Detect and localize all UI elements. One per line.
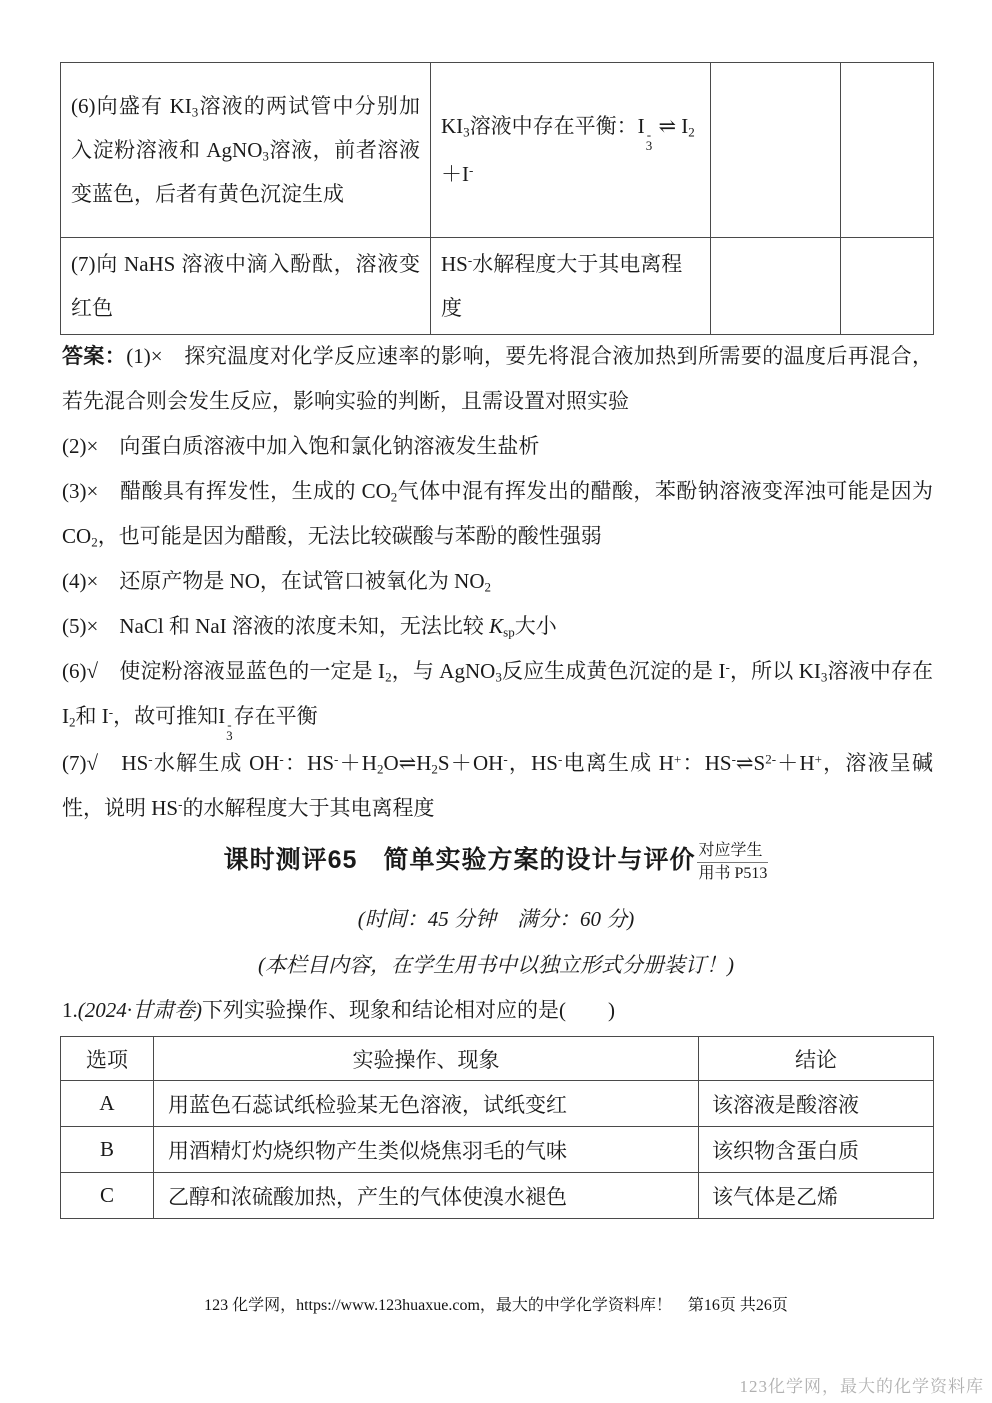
time-score-line: (时间：45 分钟 满分：60 分) xyxy=(0,903,992,933)
operation-cell: 乙醇和浓硫酸加热，产生的气体使溴水褪色 xyxy=(154,1173,699,1219)
table-row-a: A 用蓝色石蕊试纸检验某无色溶液，试纸变红 该溶液是酸溶液 xyxy=(61,1081,934,1127)
answer-label: 答案： xyxy=(62,344,126,368)
answer-item-2: (2)× 向蛋白质溶液中加入饱和氯化钠溶液发生盐析 xyxy=(62,424,933,469)
question-1-table: 选项 实验操作、现象 结论 A 用蓝色石蕊试纸检验某无色溶液，试纸变红 该溶液是… xyxy=(60,1036,934,1219)
ref-bottom: 用书 P513 xyxy=(697,863,768,885)
header-operation: 实验操作、现象 xyxy=(154,1037,699,1081)
answer-item-3: (3)× 醋酸具有挥发性，生成的 CO2气体中混有挥发出的醋酸，苯酚钠溶液变浑浊… xyxy=(62,469,933,559)
table-row-7: (7)向 NaHS 溶液中滴入酚酞，溶液变红色 HS-水解程度大于其电离程度 xyxy=(61,238,934,335)
page-footer: 123 化学网，https://www.123huaxue.com，最大的中学化… xyxy=(0,1292,992,1315)
answer-item-4: (4)× 还原产物是 NO，在试管口被氧化为 NO2 xyxy=(62,559,933,604)
table-header-row: 选项 实验操作、现象 结论 xyxy=(61,1037,934,1081)
table-row-6: (6)向盛有 KI3溶液的两试管中分别加入淀粉溶液和 AgNO3溶液，前者溶液变… xyxy=(61,63,934,238)
ref-top: 对应学生 xyxy=(697,840,768,863)
table-row-c: C 乙醇和浓硫酸加热，产生的气体使溴水褪色 该气体是乙烯 xyxy=(61,1173,934,1219)
operation-cell: (7)向 NaHS 溶液中滴入酚酞，溶液变红色 xyxy=(61,238,431,335)
judgment-cell xyxy=(711,238,841,335)
question-1: 1.(2024·甘肃卷)下列实验操作、现象和结论相对应的是( ) xyxy=(62,995,942,1025)
extra-cell xyxy=(841,238,934,335)
conclusion-cell: 该织物含蛋白质 xyxy=(699,1127,934,1173)
answer-item-1: 答案：(1)× 探究温度对化学反应速率的影响，要先将混合液加热到所需要的温度后再… xyxy=(62,334,933,424)
extra-cell xyxy=(841,63,934,238)
conclusion-cell: 该溶液是酸溶液 xyxy=(699,1081,934,1127)
binding-note-line: (本栏目内容，在学生用书中以独立形式分册装订！) xyxy=(0,949,992,979)
operation-cell: 用蓝色石蕊试纸检验某无色溶液，试纸变红 xyxy=(154,1081,699,1127)
operation-cell: (6)向盛有 KI3溶液的两试管中分别加入淀粉溶液和 AgNO3溶液，前者溶液变… xyxy=(61,63,431,238)
answer-text: (1)× 探究温度对化学反应速率的影响，要先将混合液加热到所需要的温度后再混合，… xyxy=(62,344,933,413)
option-cell: B xyxy=(61,1127,154,1173)
conclusion-cell: HS-水解程度大于其电离程度 xyxy=(431,238,711,335)
document-page: (6)向盛有 KI3溶液的两试管中分别加入淀粉溶液和 AgNO3溶液，前者溶液变… xyxy=(0,0,992,1403)
answer-item-7: (7)√ HS-水解生成 OH-：HS-＋H2O⇌H2S＋OH-，HS-电离生成… xyxy=(62,741,933,831)
table-row-b: B 用酒精灯灼烧织物产生类似烧焦羽毛的气味 该织物含蛋白质 xyxy=(61,1127,934,1173)
question-source: (2024·甘肃卷) xyxy=(78,998,202,1022)
answer-section: 答案：(1)× 探究温度对化学反应速率的影响，要先将混合液加热到所需要的温度后再… xyxy=(62,334,933,831)
judgment-cell xyxy=(711,63,841,238)
judgment-table: (6)向盛有 KI3溶液的两试管中分别加入淀粉溶液和 AgNO3溶液，前者溶液变… xyxy=(60,62,934,335)
watermark: 123化学网，最大的化学资料库 xyxy=(740,1372,985,1397)
operation-cell: 用酒精灯灼烧织物产生类似烧焦羽毛的气味 xyxy=(154,1127,699,1173)
student-book-ref: 对应学生用书 P513 xyxy=(697,840,768,884)
answer-item-5: (5)× NaCl 和 NaI 溶液的浓度未知，无法比较 Ksp大小 xyxy=(62,604,933,649)
section-header: 课时测评65 简单实验方案的设计与评价对应学生用书 P513 xyxy=(0,836,992,880)
question-number: 1. xyxy=(62,998,78,1022)
header-conclusion: 结论 xyxy=(699,1037,934,1081)
conclusion-cell: KI3溶液中存在平衡：I-3 ⇌ I2＋I- xyxy=(431,63,711,238)
header-option: 选项 xyxy=(61,1037,154,1081)
conclusion-cell: 该气体是乙烯 xyxy=(699,1173,934,1219)
question-stem: 下列实验操作、现象和结论相对应的是( ) xyxy=(202,998,615,1022)
answer-item-6: (6)√ 使淀粉溶液显蓝色的一定是 I2，与 AgNO3反应生成黄色沉淀的是 I… xyxy=(62,649,933,741)
option-cell: C xyxy=(61,1173,154,1219)
section-title: 课时测评65 简单实验方案的设计与评价 xyxy=(224,846,696,874)
option-cell: A xyxy=(61,1081,154,1127)
